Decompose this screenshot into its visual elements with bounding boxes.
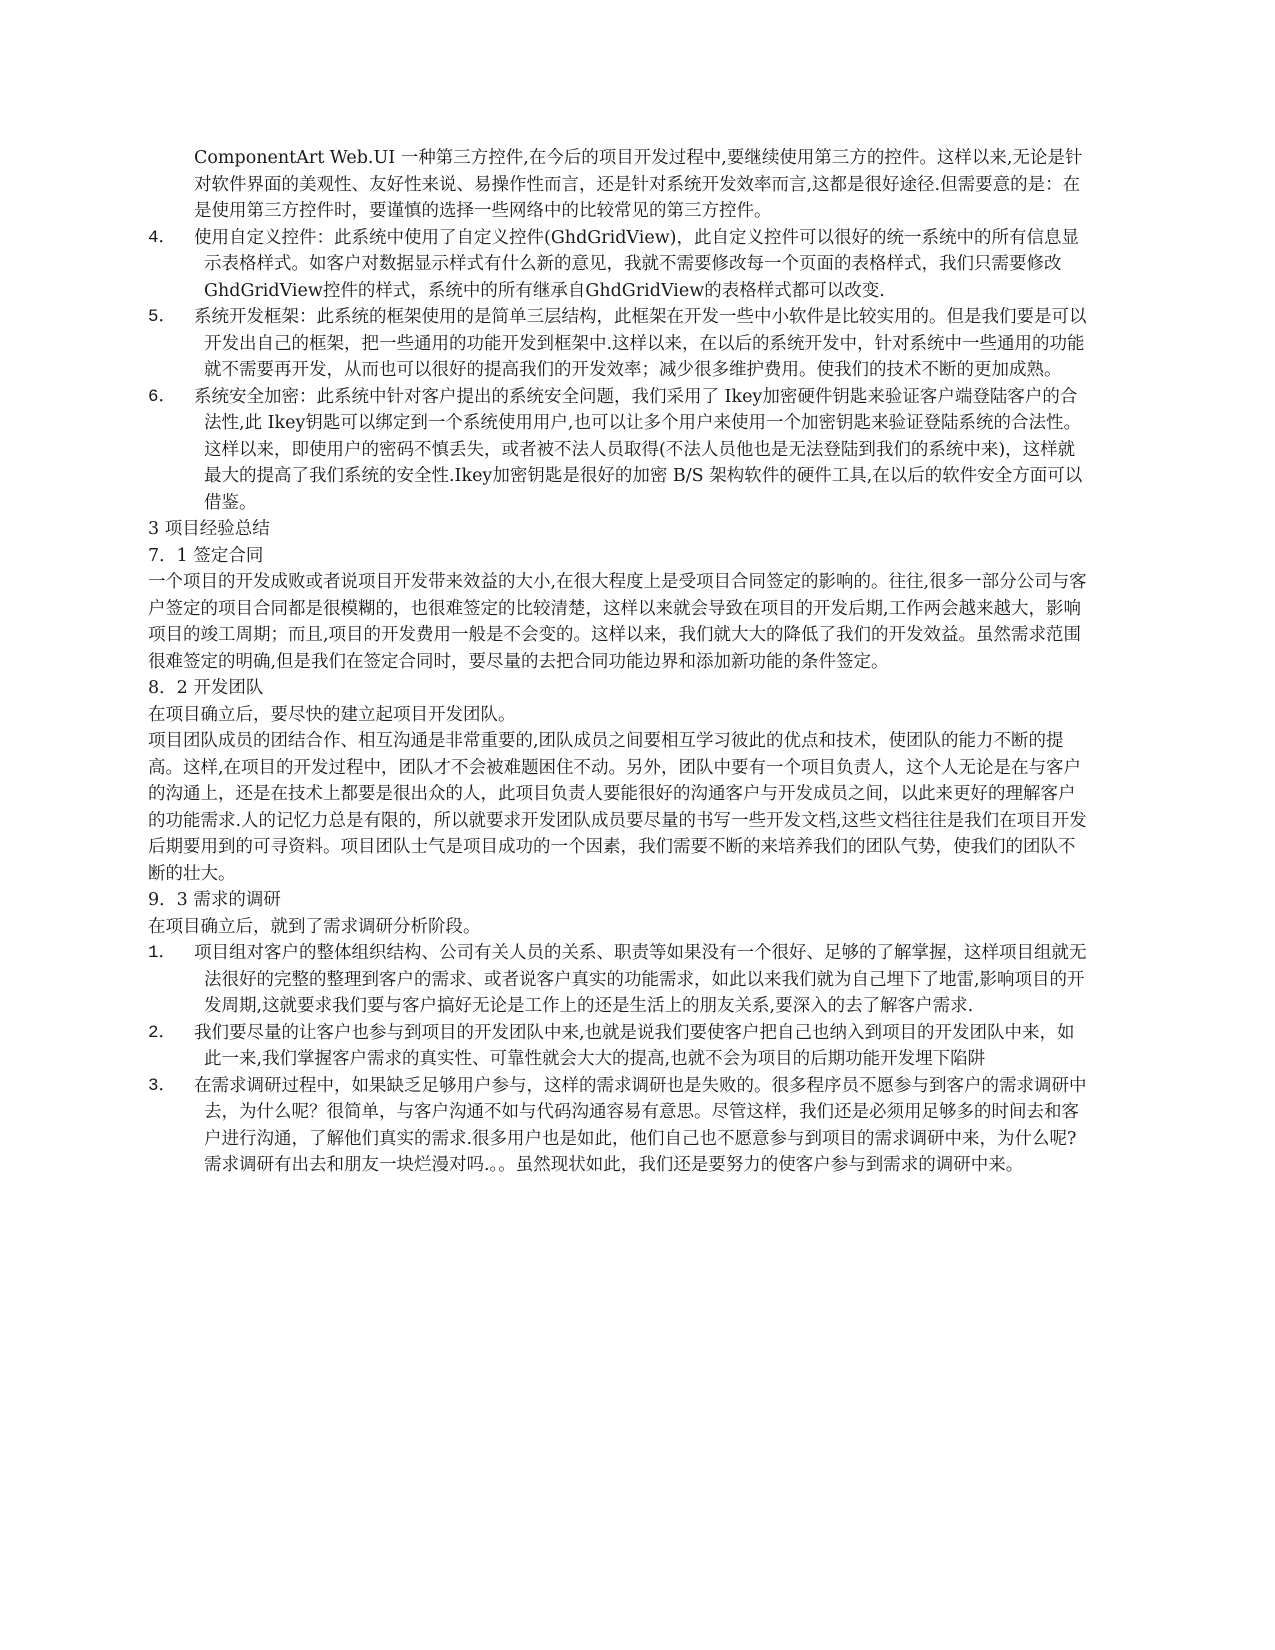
list-item: 2． 我们要尽量的让客户也参与到项目的开发团队中来,也就是说我们要使客户把自己也… [148,1020,1088,1073]
list-item-number: 4． [148,225,176,252]
list-item-text: 系统安全加密：此系统中针对客户提出的系统安全问题，我们采用了 Ikey加密硬件钥… [194,384,1088,517]
list-item-text: 系统开发框架：此系统的框架使用的是简单三层结构，此框架在开发一些中小软件是比较实… [194,304,1088,384]
requirements-list: 1． 项目组对客户的整体组织结构、公司有关人员的关系、职责等如果没有一个很好、足… [148,940,1088,1179]
list-item-number: 3． [148,1073,176,1100]
list-item: 3． 在需求调研过程中，如果缺乏足够用户参与，这样的需求调研也是失败的。很多程序… [148,1073,1088,1179]
dev-team-paragraph-1: 在项目确立后，要尽快的建立起项目开发团队。 [148,702,1088,729]
subsection-heading-contract: 7．1 签定合同 [148,543,1088,570]
list-item: 5． 系统开发框架：此系统的框架使用的是简单三层结构，此框架在开发一些中小软件是… [148,304,1088,384]
subsection-heading-dev-team: 8．2 开发团队 [148,675,1088,702]
list-item: 6． 系统安全加密：此系统中针对客户提出的系统安全问题，我们采用了 Ikey加密… [148,384,1088,517]
intro-continuation-paragraph: ComponentArt Web.UI 一种第三方控件,在今后的项目开发过程中,… [148,145,1088,225]
list-item: 1． 项目组对客户的整体组织结构、公司有关人员的关系、职责等如果没有一个很好、足… [148,940,1088,1020]
section-heading-project-experience: 3 项目经验总结 [148,516,1088,543]
list-item-number: 5． [148,304,176,331]
dev-team-paragraph-2: 项目团队成员的团结合作、相互沟通是非常重要的,团队成员之间要相互学习彼此的优点和… [148,728,1088,887]
list-item-text: 我们要尽量的让客户也参与到项目的开发团队中来,也就是说我们要使客户把自己也纳入到… [194,1020,1088,1073]
subsection-heading-requirements: 9．3 需求的调研 [148,887,1088,914]
list-item-number: 6． [148,384,176,411]
document-page: ComponentArt Web.UI 一种第三方控件,在今后的项目开发过程中,… [148,145,1088,1179]
list-item-text: 使用自定义控件：此系统中使用了自定义控件(GhdGridView)，此自定义控件… [194,225,1088,305]
list-item-number: 2． [148,1020,176,1047]
requirements-paragraph-1: 在项目确立后，就到了需求调研分析阶段。 [148,914,1088,941]
contract-paragraph: 一个项目的开发成败或者说项目开发带来效益的大小,在很大程度上是受项目合同签定的影… [148,569,1088,675]
list-item-number: 1． [148,940,176,967]
list-item-text: 在需求调研过程中，如果缺乏足够用户参与，这样的需求调研也是失败的。很多程序员不愿… [194,1073,1088,1179]
list-item-text: 项目组对客户的整体组织结构、公司有关人员的关系、职责等如果没有一个很好、足够的了… [194,940,1088,1020]
feature-list: 4． 使用自定义控件：此系统中使用了自定义控件(GhdGridView)，此自定… [148,225,1088,517]
list-item: 4． 使用自定义控件：此系统中使用了自定义控件(GhdGridView)，此自定… [148,225,1088,305]
